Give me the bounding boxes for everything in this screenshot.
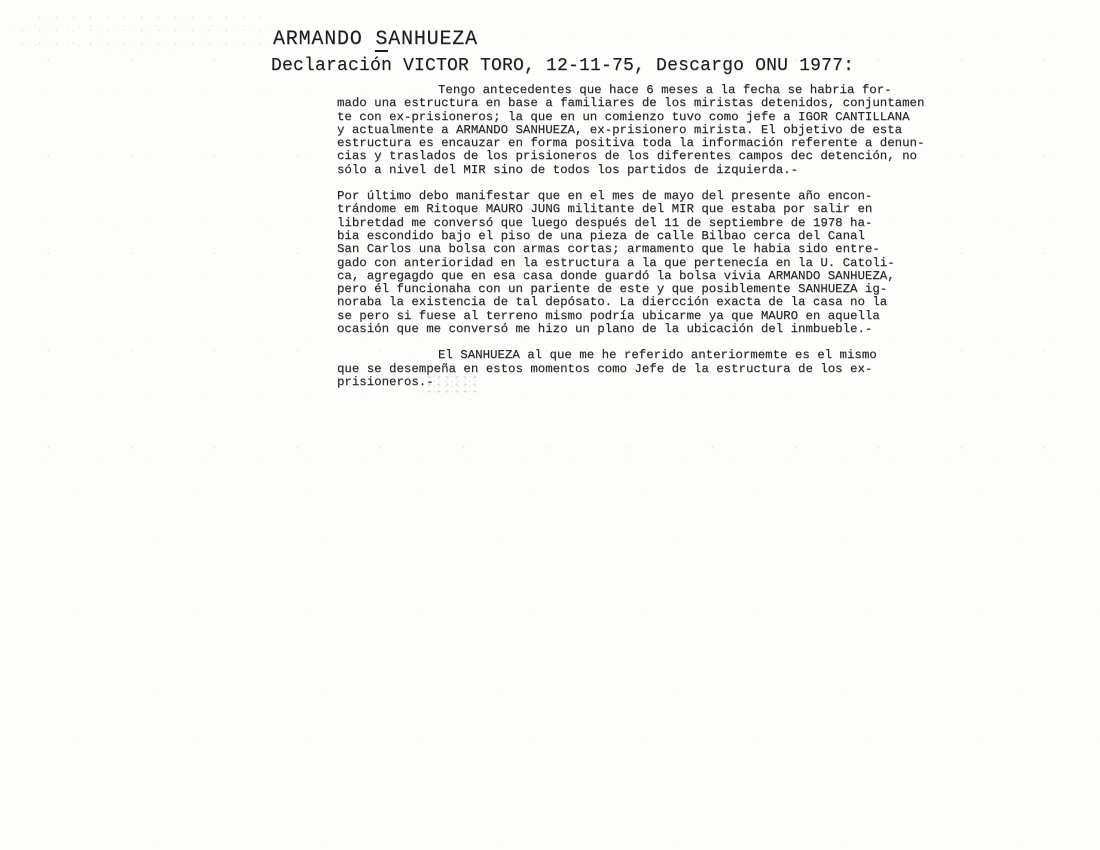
paragraph-3: El SANHUEZA al que me he referido anteri… xyxy=(337,349,947,389)
text-line: Por último debo manifestar que en el mes… xyxy=(337,190,947,203)
text-line: y actualmente a ARMANDO SANHUEZA, ex-pri… xyxy=(337,124,947,137)
document-subtitle: Declaración VICTOR TORO, 12-11-75, Desca… xyxy=(271,56,854,76)
paragraph-2: Por último debo manifestar que en el mes… xyxy=(337,190,947,336)
text-line: Tengo antecedentes que hace 6 meses a la… xyxy=(337,84,947,97)
title-name-pre: ARMANDO xyxy=(273,28,375,51)
document-title: ARMANDO SANHUEZA xyxy=(273,28,478,52)
text-line: sólo a nivel del MIR sino de todos los p… xyxy=(337,164,947,177)
text-line: que se desempeña en estos momentos como … xyxy=(337,363,947,376)
text-line: trándome em Ritoque MAURO JUNG militante… xyxy=(337,203,947,216)
text-line: gado con anterioridad en la estructura a… xyxy=(337,257,947,270)
scan-noise-lower xyxy=(0,420,1100,850)
text-line: se pero si fuese al terreno mismo podría… xyxy=(337,310,947,323)
paragraph-1: Tengo antecedentes que hace 6 meses a la… xyxy=(337,84,947,177)
text-line: ocasión que me conversó me hizo un plano… xyxy=(337,323,947,336)
text-line: estructura es encauzar en forma positiva… xyxy=(337,137,947,150)
document-body: Tengo antecedentes que hace 6 meses a la… xyxy=(337,84,947,402)
text-line: pero él funcionaha con un pariente de es… xyxy=(337,283,947,296)
title-name-rest: ANHUEZA xyxy=(388,28,478,51)
text-line: libretdad me conversó que luego después … xyxy=(337,217,947,230)
text-line: El SANHUEZA al que me he referido anteri… xyxy=(337,349,947,362)
scan-speckle-patch xyxy=(12,8,282,56)
text-line: cias y traslados de los prisioneros de l… xyxy=(337,150,947,163)
text-line: te con ex-prisioneros; la que en un comi… xyxy=(337,111,947,124)
scanned-page: ARMANDO SANHUEZA Declaración VICTOR TORO… xyxy=(0,0,1100,850)
text-line: noraba la existencia de tal depósato. La… xyxy=(337,296,947,309)
text-line: bia escondido bajo el piso de una pieza … xyxy=(337,230,947,243)
text-line: mado una estructura en base a familiares… xyxy=(337,97,947,110)
text-line: ca, agregagdo que en esa casa donde guar… xyxy=(337,270,947,283)
text-line: prisioneros.- xyxy=(337,376,947,389)
title-name-underlined: S xyxy=(375,29,388,52)
text-line: San Carlos una bolsa con armas cortas; a… xyxy=(337,243,947,256)
